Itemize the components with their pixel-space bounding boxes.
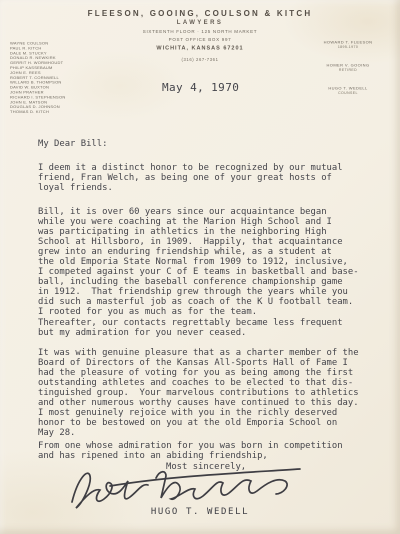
counsel-entry: HOMER V. GOOING RETIRED (300, 63, 396, 73)
counsel-note: RETIRED (300, 68, 396, 73)
counsel-entry: HUGO T. WEDELL COUNSEL (300, 86, 396, 96)
counsel-entry: HOWARD T. FLEESON 1895-1970 (300, 40, 396, 50)
counsel-note: COUNSEL (300, 91, 396, 96)
firm-subtitle: LAWYERS (0, 20, 400, 26)
paragraph-5: From one whose admiration for you was bo… (38, 441, 343, 461)
paragraph-1: I deem it a distinct honor to be recogni… (38, 163, 343, 193)
attorney-roster: WAYNE COULSON PAUL R. KITCH DALE M. STUC… (10, 41, 100, 114)
address-line-1: SIXTEENTH FLOOR · 125 NORTH MARKET (0, 29, 400, 34)
paragraph-2: Bill, it is over 60 years since our acqu… (38, 207, 359, 317)
attorney-name: THOMAS D. KITCH (10, 110, 100, 115)
firm-name: FLEESON, GOOING, COULSON & KITCH (0, 9, 400, 18)
letter-page: FLEESON, GOOING, COULSON & KITCH LAWYERS… (0, 0, 400, 534)
paragraph-4: It was with genuine pleasure that as a c… (38, 348, 359, 438)
counsel-column: HOWARD T. FLEESON 1895-1970 HOMER V. GOO… (300, 40, 396, 109)
salutation: My Dear Bill: (38, 139, 107, 149)
paragraph-3: Thereafter, our contacts regrettably bec… (38, 318, 343, 338)
counsel-note: 1895-1970 (300, 45, 396, 50)
typed-signature-name: HUGO T. WEDELL (0, 507, 400, 517)
letter-date: May 4, 1970 (162, 81, 239, 94)
signature-ink (62, 462, 312, 512)
